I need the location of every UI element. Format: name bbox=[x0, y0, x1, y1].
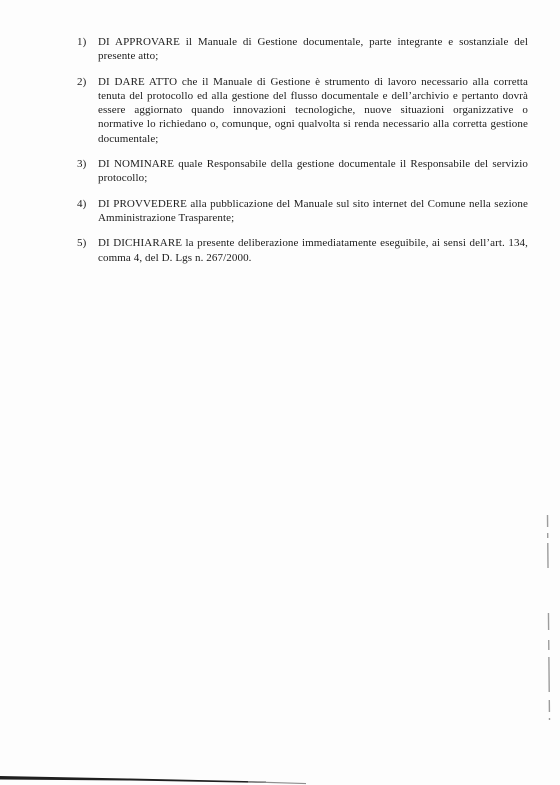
list-item-text: DI DICHIARARE la presente deliberazione … bbox=[98, 236, 528, 265]
list-item-number: 5) bbox=[77, 236, 98, 250]
list-item-text: DI APPROVARE il Manuale di Gestione docu… bbox=[98, 35, 528, 64]
scan-line-dark-segment bbox=[0, 776, 266, 783]
list-item-text: DI PROVVEDERE alla pubblicazione del Man… bbox=[98, 197, 528, 226]
scanned-document-page: 1) DI APPROVARE il Manuale di Gestione d… bbox=[0, 0, 560, 785]
list-item: 5) DI DICHIARARE la presente deliberazio… bbox=[77, 236, 528, 265]
list-item: 2) DI DARE ATTO che il Manuale di Gestio… bbox=[77, 75, 528, 146]
resolution-list: 1) DI APPROVARE il Manuale di Gestione d… bbox=[77, 35, 528, 276]
list-item-number: 3) bbox=[77, 157, 98, 171]
right-edge-dash-artifact bbox=[545, 512, 553, 724]
list-item-number: 2) bbox=[77, 75, 98, 89]
list-item-number: 4) bbox=[77, 197, 98, 211]
list-item: 1) DI APPROVARE il Manuale di Gestione d… bbox=[77, 35, 528, 64]
list-item-number: 1) bbox=[77, 35, 98, 49]
bottom-scan-edge-artifact bbox=[0, 772, 320, 785]
list-item: 3) DI NOMINARE quale Responsabile della … bbox=[77, 157, 528, 186]
list-item-text: DI DARE ATTO che il Manuale di Gestione … bbox=[98, 75, 528, 146]
scan-line-fade-segment bbox=[248, 781, 306, 784]
edge-dash-line bbox=[548, 515, 550, 720]
list-item: 4) DI PROVVEDERE alla pubblicazione del … bbox=[77, 197, 528, 226]
list-item-text: DI NOMINARE quale Responsabile della ges… bbox=[98, 157, 528, 186]
